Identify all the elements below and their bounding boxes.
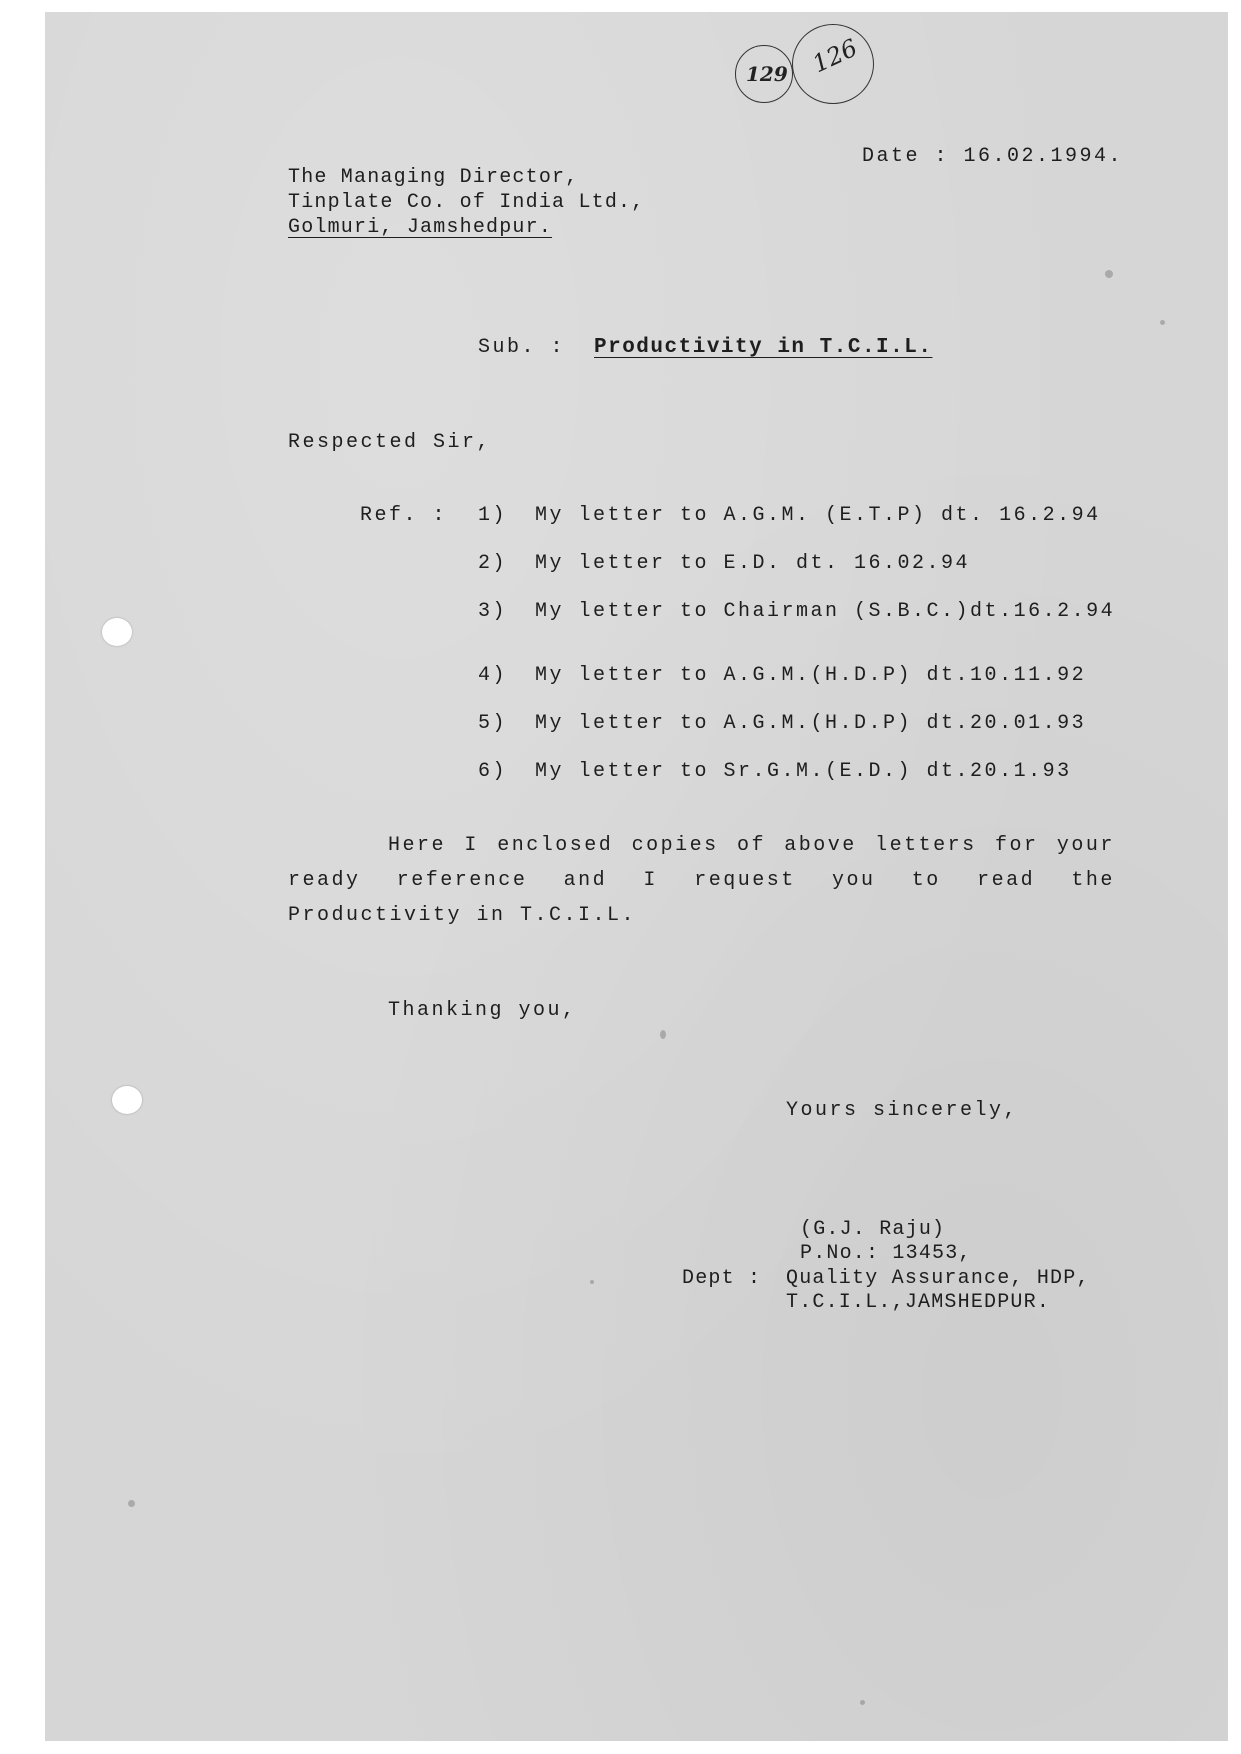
reference-number: 1) <box>478 505 507 527</box>
reference-item: My letter to Sr.G.M.(E.D.) dt.20.1.93 <box>535 761 1072 783</box>
speck <box>128 1500 135 1507</box>
word: the <box>1071 870 1115 892</box>
signatory-pno: P.No.: 13453, <box>800 1243 972 1265</box>
word: letters <box>875 835 977 857</box>
speck <box>660 1030 666 1039</box>
reference-number: 2) <box>478 553 507 575</box>
signatory-org: T.C.I.L.,JAMSHEDPUR. <box>786 1292 1050 1314</box>
salutation: Respected Sir, <box>288 432 491 454</box>
reference-item: My letter to E.D. dt. 16.02.94 <box>535 553 970 575</box>
word: to <box>912 870 941 892</box>
subject-label: Sub. : <box>478 337 565 359</box>
recipient-line: The Managing Director, <box>288 167 578 189</box>
speck <box>590 1280 594 1284</box>
speck <box>1160 320 1165 325</box>
word: Here <box>388 835 446 857</box>
word: and <box>564 870 608 892</box>
recipient-line: Golmuri, Jamshedpur. <box>288 217 552 239</box>
page-number-stamp: 129 <box>746 62 788 86</box>
reference-number: 4) <box>478 665 507 687</box>
references-label: Ref. : <box>360 505 447 527</box>
reference-number: 5) <box>478 713 507 735</box>
word: reference <box>397 870 528 892</box>
word: I <box>464 835 479 857</box>
punch-hole <box>112 1086 142 1114</box>
reference-item: My letter to A.G.M.(H.D.P) dt.20.01.93 <box>535 713 1086 735</box>
thanks-line: Thanking you, <box>388 1000 577 1022</box>
signatory-name: (G.J. Raju) <box>800 1219 945 1241</box>
word: above <box>784 835 857 857</box>
dept-label: Dept : <box>682 1268 761 1290</box>
subject-title: Productivity in T.C.I.L. <box>594 337 932 359</box>
punch-hole <box>102 618 132 646</box>
reference-number: 6) <box>478 761 507 783</box>
recipient-line: Tinplate Co. of India Ltd., <box>288 192 644 214</box>
word: read <box>977 870 1035 892</box>
body-line-2: ready reference and I request you to rea… <box>288 870 1115 892</box>
word: you <box>832 870 876 892</box>
word: I <box>643 870 658 892</box>
speck <box>1105 270 1113 278</box>
word: of <box>737 835 766 857</box>
speck <box>860 1700 865 1705</box>
valediction: Yours sincerely, <box>786 1100 1018 1122</box>
word: for <box>995 835 1039 857</box>
reference-number: 3) <box>478 601 507 623</box>
body-line-3: Productivity in T.C.I.L. <box>288 905 636 927</box>
reference-item: My letter to A.G.M.(H.D.P) dt.10.11.92 <box>535 665 1086 687</box>
letter-date: Date : 16.02.1994. <box>862 146 1123 168</box>
word: your <box>1057 835 1115 857</box>
reference-item: My letter to Chairman (S.B.C.)dt.16.2.94 <box>535 601 1115 623</box>
word: ready <box>288 870 361 892</box>
reference-item: My letter to A.G.M. (E.T.P) dt. 16.2.94 <box>535 505 1101 527</box>
word: request <box>694 870 796 892</box>
word: enclosed <box>497 835 613 857</box>
word: copies <box>632 835 719 857</box>
signatory-dept: Quality Assurance, HDP, <box>786 1268 1090 1290</box>
body-line-1: Here I enclosed copies of above letters … <box>388 835 1115 857</box>
